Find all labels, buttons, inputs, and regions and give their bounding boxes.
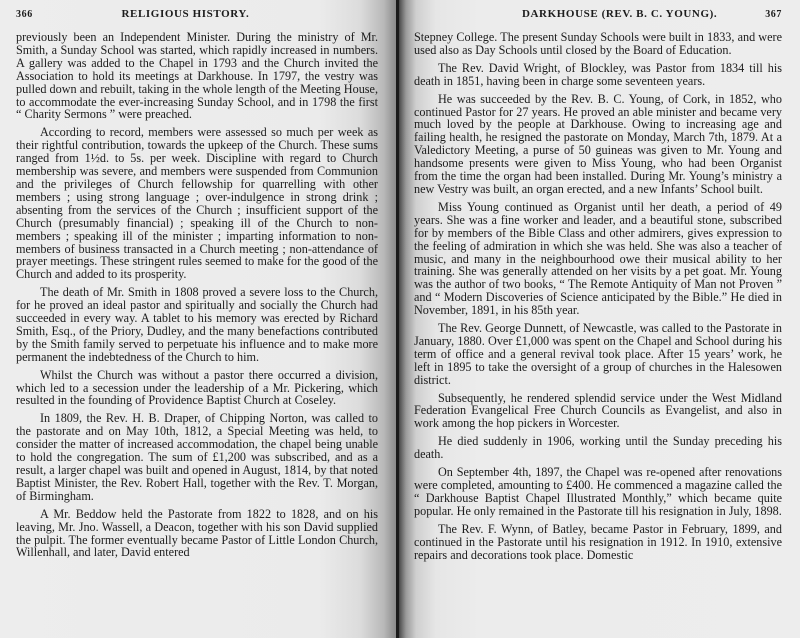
paragraph: Miss Young continued as Organist until h… bbox=[414, 201, 782, 317]
left-running-head: 366 RELIGIOUS HISTORY. bbox=[16, 8, 378, 24]
paragraph: He died suddenly in 1906, working until … bbox=[414, 435, 782, 461]
left-page: 366 RELIGIOUS HISTORY. previously been a… bbox=[0, 0, 400, 638]
paragraph: The death of Mr. Smith in 1808 proved a … bbox=[16, 286, 378, 363]
paragraph: He was succeeded by the Rev. B. C. Young… bbox=[414, 93, 782, 196]
paragraph: Subsequently, he rendered splendid servi… bbox=[414, 392, 782, 431]
paragraph: A Mr. Beddow held the Pastorate from 182… bbox=[16, 508, 378, 560]
book-gutter bbox=[396, 0, 399, 638]
book-spread: 366 RELIGIOUS HISTORY. previously been a… bbox=[0, 0, 800, 638]
paragraph: Whilst the Church was without a pastor t… bbox=[16, 369, 378, 408]
paragraph: previously been an Independent Minister.… bbox=[16, 31, 378, 121]
running-head-title: DARKHOUSE (REV. B. C. YOUNG). bbox=[414, 8, 765, 20]
paragraph: Stepney College. The present Sunday Scho… bbox=[414, 31, 782, 57]
paragraph: In 1809, the Rev. H. B. Draper, of Chipp… bbox=[16, 412, 378, 502]
page-number: 367 bbox=[765, 9, 782, 20]
right-page: DARKHOUSE (REV. B. C. YOUNG). 367 Stepne… bbox=[400, 0, 800, 638]
running-head-title: RELIGIOUS HISTORY. bbox=[33, 8, 378, 20]
paragraph: The Rev. F. Wynn, of Batley, became Past… bbox=[414, 523, 782, 562]
paragraph: The Rev. George Dunnett, of Newcastle, w… bbox=[414, 322, 782, 387]
paragraph: According to record, members were assess… bbox=[16, 126, 378, 281]
paragraph: The Rev. David Wright, of Blockley, was … bbox=[414, 62, 782, 88]
paragraph: On September 4th, 1897, the Chapel was r… bbox=[414, 466, 782, 518]
page-number: 366 bbox=[16, 9, 33, 20]
right-running-head: DARKHOUSE (REV. B. C. YOUNG). 367 bbox=[414, 8, 782, 24]
